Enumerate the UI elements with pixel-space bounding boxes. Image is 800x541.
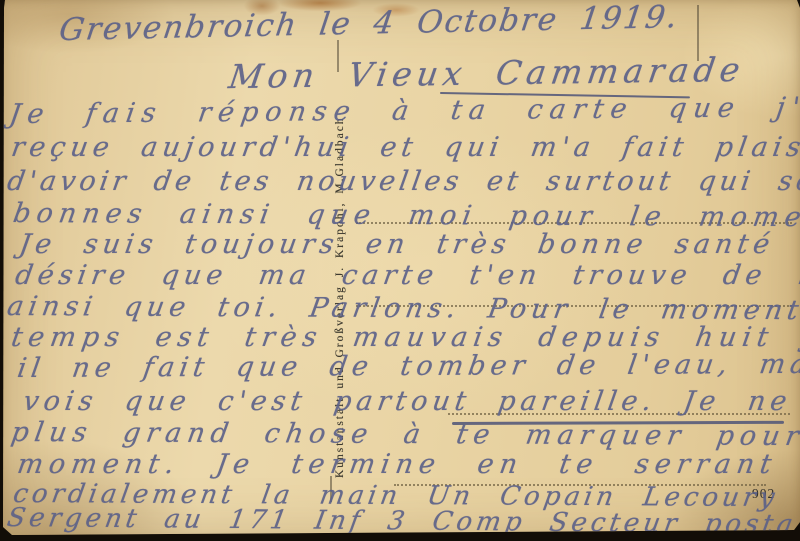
postcard-scan: Kunstanstalt und Großverlag J. Krapohl, … bbox=[0, 0, 800, 541]
handwriting-line: vois que c'est partout pareille. Je ne s… bbox=[21, 386, 800, 417]
handwriting-line: reçue aujourd'hui et qui m'a fait plaisi… bbox=[9, 132, 800, 163]
handwriting-line: temps est très mauvais depuis huit jours bbox=[9, 322, 800, 353]
handwriting-line: Sergent au 171 Inf 3 Comp Secteur postal… bbox=[5, 503, 800, 541]
handwriting-line: Grevenbroich le 4 Octobre 1919. bbox=[57, 0, 681, 48]
handwriting-line: d'avoir de tes nouvelles et surtout qui … bbox=[5, 166, 800, 197]
handwriting-line: Je suis toujours en très bonne santé et … bbox=[17, 229, 800, 260]
handwriting-line: moment. Je termine en te serrant bbox=[15, 449, 779, 480]
handwriting-line: il ne fait que de tomber de l'eau, mais … bbox=[15, 348, 800, 384]
handwriting-line: Mon Vieux Cammarade bbox=[226, 50, 747, 96]
handwriting-line: désire que ma carte t'en trouve de même bbox=[13, 260, 800, 291]
